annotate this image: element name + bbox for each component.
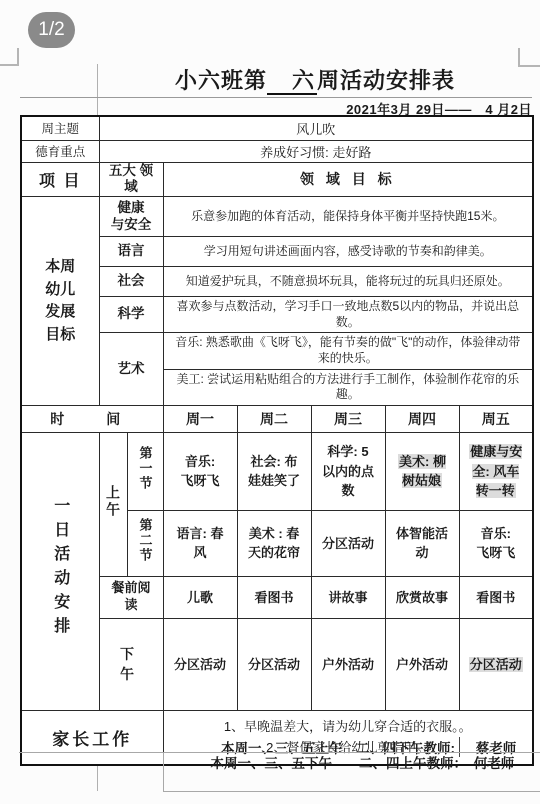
domain-science-label: 科学 [99,297,163,333]
teacher-divider-line [19,752,163,753]
table-row: 项 目 五大 领 域 领 域 目 标 [21,162,533,197]
week-theme-value: 风儿吹 [99,116,533,140]
day-header-fri: 周五 [459,405,533,432]
cell-afternoon-fri: 分区活动 [459,618,533,710]
goal-language-text: 学习用短句讲述画面内容，感受诗歌的节奏和韵律美。 [163,237,533,267]
dev-goal-label: 本周幼儿发展目标 [21,197,99,406]
day-header-mon: 周一 [163,405,237,432]
day-header-tue: 周二 [237,405,311,432]
domain-health-label: 健康 与安全 [99,197,163,237]
day-header-wed: 周三 [311,405,385,432]
highlighted-text: 健康与安 全: 风车 转一转 [469,444,522,498]
project-header: 项 目 [21,162,99,197]
parent-work-item-1: 1、早晚温差大，请为幼儿穿合适的衣服。。 [172,717,525,737]
cell-afternoon-wed: 户外活动 [311,618,385,710]
five-domains-header: 五大 领 域 [99,162,163,197]
cell-reading-tue: 看图书 [237,576,311,618]
page-indicator-badge: 1/2 [28,12,75,48]
cell-period2-thu: 体智能活 动 [385,510,459,576]
cell-period1-mon: 音乐: 飞呀飞 [163,432,237,510]
pre-meal-reading-label: 餐前阅 读 [99,576,163,618]
domain-language-label: 语言 [99,237,163,267]
cell-period1-thu: 美术: 柳 树姑娘 [385,432,459,510]
goal-science-text: 喜欢参与点数活动，学习手口一致地点数5以内的物品，并说出总数。 [163,297,533,333]
title-divider [20,97,532,98]
cell-period2-mon: 语言: 春 风 [163,510,237,576]
table-row: 周主题 风儿吹 [21,116,533,140]
table-row: 本周幼儿发展目标 健康 与安全 乐意参加跑的体育活动，能保持身体平衡并坚持快跑1… [21,197,533,237]
moral-focus-label: 德育重点 [21,140,99,162]
cell-period2-tue: 美术 : 春 天的花帘 [237,510,311,576]
goal-health-text: 乐意参加跑的体育活动，能保持身体平衡并坚持快跑15米。 [163,197,533,237]
goal-social-text: 知道爱护玩具，不随意损坏玩具，能将玩过的玩具归还原处。 [163,267,533,297]
goal-art-craft-text: 美工: 尝试运用粘贴组合的方法进行手工制作，体验制作花帘的乐趣。 [163,369,533,405]
domain-goal-header: 领 域 目 标 [163,162,533,197]
title-prefix: 小六班第 [175,68,267,93]
page-title: 小六班第 六周活动安排表 [98,64,532,95]
cell-reading-fri: 看图书 [459,576,533,618]
cell-afternoon-mon: 分区活动 [163,618,237,710]
page-corner-mark-left [0,48,19,66]
morning-label: 上午 [99,432,127,576]
title-suffix: 周活动安排表 [317,68,455,93]
domain-art-label: 艺术 [99,333,163,405]
schedule-table: 周主题 风儿吹 德育重点 养成好习惯: 走好路 项 目 五大 领 域 领 域 目… [20,115,534,766]
cell-period1-tue: 社会: 布 娃娃笑了 [237,432,311,510]
afternoon-label: 下 午 [99,618,163,710]
day-header-thu: 周四 [385,405,459,432]
title-week-underline: 六 [267,68,317,95]
highlighted-text: 分区活动 [469,657,523,672]
table-row: 时 间 周一 周二 周三 周四 周五 [21,405,533,432]
cell-period2-fri: 音乐: 飞呀飞 [459,510,533,576]
week-theme-label: 周主题 [21,116,99,140]
cell-period2-wed: 分区活动 [311,510,385,576]
moral-focus-value: 养成好习惯: 走好路 [99,140,533,162]
goal-art-music-text: 音乐: 熟悉歌曲《飞呀飞》，能有节奏的做"飞"的动作，体验律动带来的快乐。 [163,333,533,369]
cell-reading-thu: 欣赏故事 [385,576,459,618]
cell-reading-mon: 儿歌 [163,576,237,618]
daily-plan-label: 一日活动安排 [21,432,99,710]
highlighted-text: 美术: 柳 树姑娘 [398,454,446,489]
cell-afternoon-thu: 户外活动 [385,618,459,710]
teacher-line-2: 本周一、三、五下午 二、四上午教师： 何老师 [163,752,540,792]
period2-label: 第二节 [127,510,163,576]
time-header: 时 间 [21,405,163,432]
cell-afternoon-tue: 分区活动 [237,618,311,710]
table-row: 德育重点 养成好习惯: 走好路 [21,140,533,162]
document-page: 1/2 小六班第 六周活动安排表 2021年3月 29日—— 4 月2日 周主题… [0,0,540,804]
period1-label: 第一节 [127,432,163,510]
cell-period1-wed: 科学: 5 以内的点 数 [311,432,385,510]
domain-social-label: 社会 [99,267,163,297]
cell-period1-fri: 健康与安 全: 风车 转一转 [459,432,533,510]
cell-reading-wed: 讲故事 [311,576,385,618]
table-row: 一日活动安排 上午 第一节 音乐: 飞呀飞 社会: 布 娃娃笑了 科学: 5 以… [21,432,533,510]
